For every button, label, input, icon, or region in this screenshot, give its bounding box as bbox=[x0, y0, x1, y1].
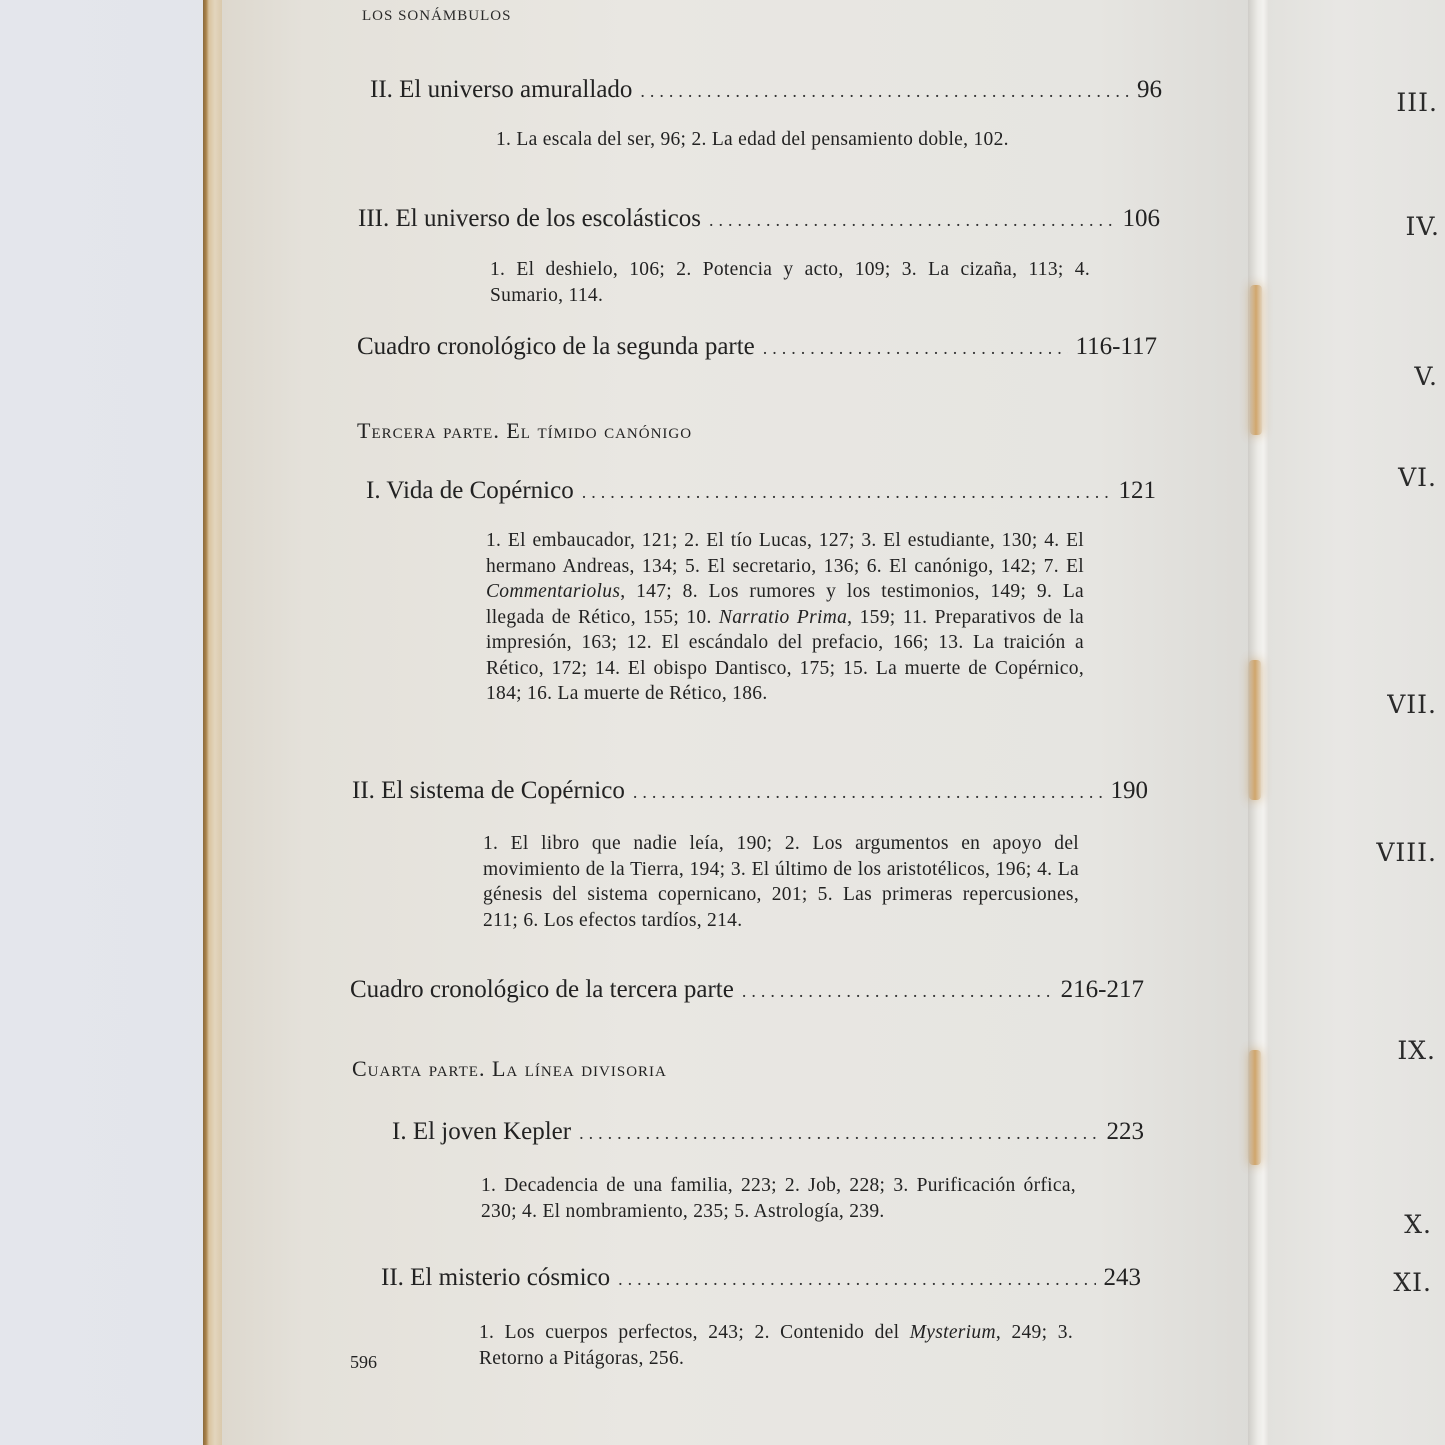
chapter-title: El universo amurallado bbox=[399, 76, 632, 103]
chapter-number: I. bbox=[366, 477, 381, 504]
leader-dots: ........................................… bbox=[709, 210, 1115, 231]
chapter-number: III. bbox=[358, 205, 389, 232]
chapter-title: Cuadro cronológico de la segunda parte bbox=[357, 333, 755, 361]
part-heading: Tercera parte. El tímido canónigo bbox=[357, 418, 692, 444]
leader-dots: ........................................… bbox=[763, 338, 1068, 359]
chapter-title: El universo de los escolásticos bbox=[395, 205, 701, 232]
facing-page-numeral: VII. bbox=[1357, 690, 1437, 719]
part-heading: Cuarta parte. La línea divisoria bbox=[352, 1056, 667, 1082]
page-number: 243 bbox=[1104, 1264, 1142, 1292]
facing-page-numeral: XI. bbox=[1352, 1268, 1432, 1297]
page-number: 223 bbox=[1107, 1118, 1145, 1146]
book-cover-edge bbox=[203, 0, 223, 1445]
page-number: 96 bbox=[1137, 76, 1162, 104]
page-number: 190 bbox=[1111, 777, 1149, 805]
italic-title: Mysterium bbox=[910, 1322, 996, 1343]
facing-page-numeral: III. bbox=[1358, 88, 1438, 117]
chapter-title: El sistema de Copérnico bbox=[381, 777, 625, 804]
leader-dots: ........................................… bbox=[742, 981, 1053, 1002]
section-list: 1. Los cuerpos perfectos, 243; 2. Conten… bbox=[479, 1320, 1073, 1371]
section-list: 1. Decadencia de una familia, 223; 2. Jo… bbox=[481, 1173, 1076, 1224]
binding-stain bbox=[1249, 1050, 1261, 1165]
binding-stain bbox=[1249, 660, 1261, 800]
toc-entry: II. El misterio cósmico ................… bbox=[381, 1264, 1141, 1292]
toc-entry-chronology: Cuadro cronológico de la segunda parte .… bbox=[357, 333, 1157, 361]
leader-dots: ........................................… bbox=[633, 782, 1103, 803]
section-list: 1. El libro que nadie leía, 190; 2. Los … bbox=[483, 831, 1079, 933]
section-list: 1. El embaucador, 121; 2. El tío Lucas, … bbox=[486, 528, 1084, 707]
chapter-title: El misterio cósmico bbox=[410, 1264, 610, 1291]
page-number: 121 bbox=[1119, 477, 1157, 505]
page-number: 216-217 bbox=[1061, 976, 1144, 1004]
section-list: 1. La escala del ser, 96; 2. La edad del… bbox=[496, 127, 1096, 153]
toc-entry: II. El sistema de Copérnico ............… bbox=[352, 777, 1148, 805]
chapter-number: II. bbox=[370, 76, 393, 103]
binding-stain bbox=[1250, 285, 1262, 435]
facing-page-numeral: VI. bbox=[1357, 463, 1437, 492]
toc-entry: I. Vida de Copérnico ...................… bbox=[366, 477, 1156, 505]
toc-entry: I. El joven Kepler .....................… bbox=[392, 1118, 1144, 1146]
chapter-number: II. bbox=[352, 777, 375, 804]
page-folio: 596 bbox=[350, 1352, 377, 1373]
chapter-title: Vida de Copérnico bbox=[386, 477, 573, 504]
section-list: 1. El deshielo, 106; 2. Potencia y acto,… bbox=[490, 257, 1090, 308]
italic-title: Narratio Prima bbox=[719, 607, 847, 628]
facing-page-numeral: IX. bbox=[1356, 1036, 1436, 1065]
chapter-number: I. bbox=[392, 1118, 407, 1145]
chapter-title: El joven Kepler bbox=[413, 1118, 571, 1145]
running-head: LOS SONÁMBULOS bbox=[362, 8, 511, 25]
leader-dots: ........................................… bbox=[579, 1123, 1098, 1144]
leader-dots: ........................................… bbox=[640, 81, 1129, 102]
italic-title: Commentariolus bbox=[486, 581, 620, 602]
toc-entry: II. El universo amurallado .............… bbox=[370, 76, 1162, 104]
facing-page-numeral: VIII. bbox=[1357, 838, 1437, 867]
chapter-title: Cuadro cronológico de la tercera parte bbox=[350, 976, 734, 1004]
page-number: 116-117 bbox=[1076, 333, 1157, 361]
chapter-number: II. bbox=[381, 1264, 404, 1291]
facing-page-numeral: X. bbox=[1352, 1210, 1432, 1239]
leader-dots: ........................................… bbox=[582, 482, 1111, 503]
leader-dots: ........................................… bbox=[618, 1269, 1095, 1290]
facing-page-numeral: V. bbox=[1358, 362, 1438, 391]
toc-entry-chronology: Cuadro cronológico de la tercera parte .… bbox=[350, 976, 1144, 1004]
facing-page-numeral: IV. bbox=[1360, 212, 1440, 241]
page-number: 106 bbox=[1123, 205, 1161, 233]
toc-entry: III. El universo de los escolásticos ...… bbox=[358, 205, 1160, 233]
